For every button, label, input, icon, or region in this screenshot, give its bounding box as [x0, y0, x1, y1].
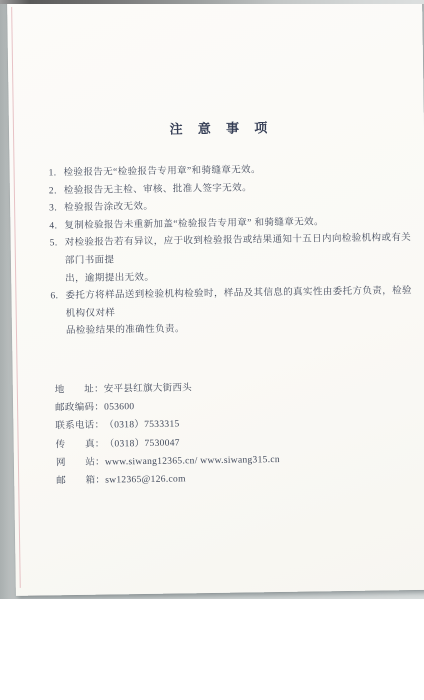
contact-value: www.siwang12365.cn/ www.siwang315.cn — [105, 455, 280, 468]
notice-item: 5. 对检验报告若有异议，应于收到检验报告或结果通知十五日内向检验机构或有关部门… — [50, 230, 415, 288]
contact-label: 网 站： — [56, 453, 105, 472]
contact-label: 联系电话： — [55, 417, 104, 436]
paper-sheet: 注 意 事 项 1. 检验报告无“检验报告专用章”和骑缝章无效。 2. 检验报告… — [7, 0, 424, 596]
notice-line: 委托方将样品送到检验机构检验时，样品及其信息的真实性由委托方负责，检验机构仅对样 — [65, 283, 414, 323]
notice-number: 1. — [49, 165, 64, 183]
contact-label: 邮政编码： — [55, 399, 104, 418]
scan-top-edge — [0, 0, 424, 4]
notice-text: 委托方将样品送到检验机构检验时，样品及其信息的真实性由委托方负责，检验机构仅对样… — [65, 283, 415, 341]
contact-value: 安平县红旗大街西头 — [104, 383, 192, 394]
notice-number: 5. — [50, 236, 66, 289]
contact-value: （0318）7533315 — [104, 420, 179, 431]
contact-block: 地 址：安平县红旗大街西头 邮政编码：053600 联系电话：（0318）753… — [55, 376, 418, 491]
notice-item: 6. 委托方将样品送到检验机构检验时，样品及其信息的真实性由委托方负责，检验机构… — [50, 283, 415, 341]
notice-text: 对检验报告若有异议，应于收到检验报告或结果通知十五日内向检验机构或有关部门书面提… — [65, 230, 415, 288]
notice-line: 对检验报告若有异议，应于收到检验报告或结果通知十五日内向检验机构或有关部门书面提 — [65, 230, 414, 270]
notice-list: 1. 检验报告无“检验报告专用章”和骑缝章无效。 2. 检验报告无主检、审核、批… — [49, 160, 416, 341]
scanned-page-background: 注 意 事 项 1. 检验报告无“检验报告专用章”和骑缝章无效。 2. 检验报告… — [0, 0, 424, 599]
contact-label: 邮 箱： — [56, 472, 105, 491]
page-title: 注 意 事 项 — [9, 115, 424, 140]
notice-number: 6. — [50, 288, 66, 341]
contact-value: 053600 — [104, 402, 134, 412]
contact-label: 地 址： — [55, 381, 104, 400]
page-edge-line — [11, 7, 21, 588]
notice-number: 3. — [49, 200, 64, 218]
notice-line: 品检验结果的准确性负责。 — [66, 318, 415, 341]
contact-label: 传 真： — [56, 435, 105, 454]
contact-value: （0318）7530047 — [105, 438, 180, 449]
contact-value: sw12365@126.com — [105, 474, 186, 485]
notice-number: 2. — [49, 183, 64, 201]
notice-number: 4. — [49, 218, 64, 236]
